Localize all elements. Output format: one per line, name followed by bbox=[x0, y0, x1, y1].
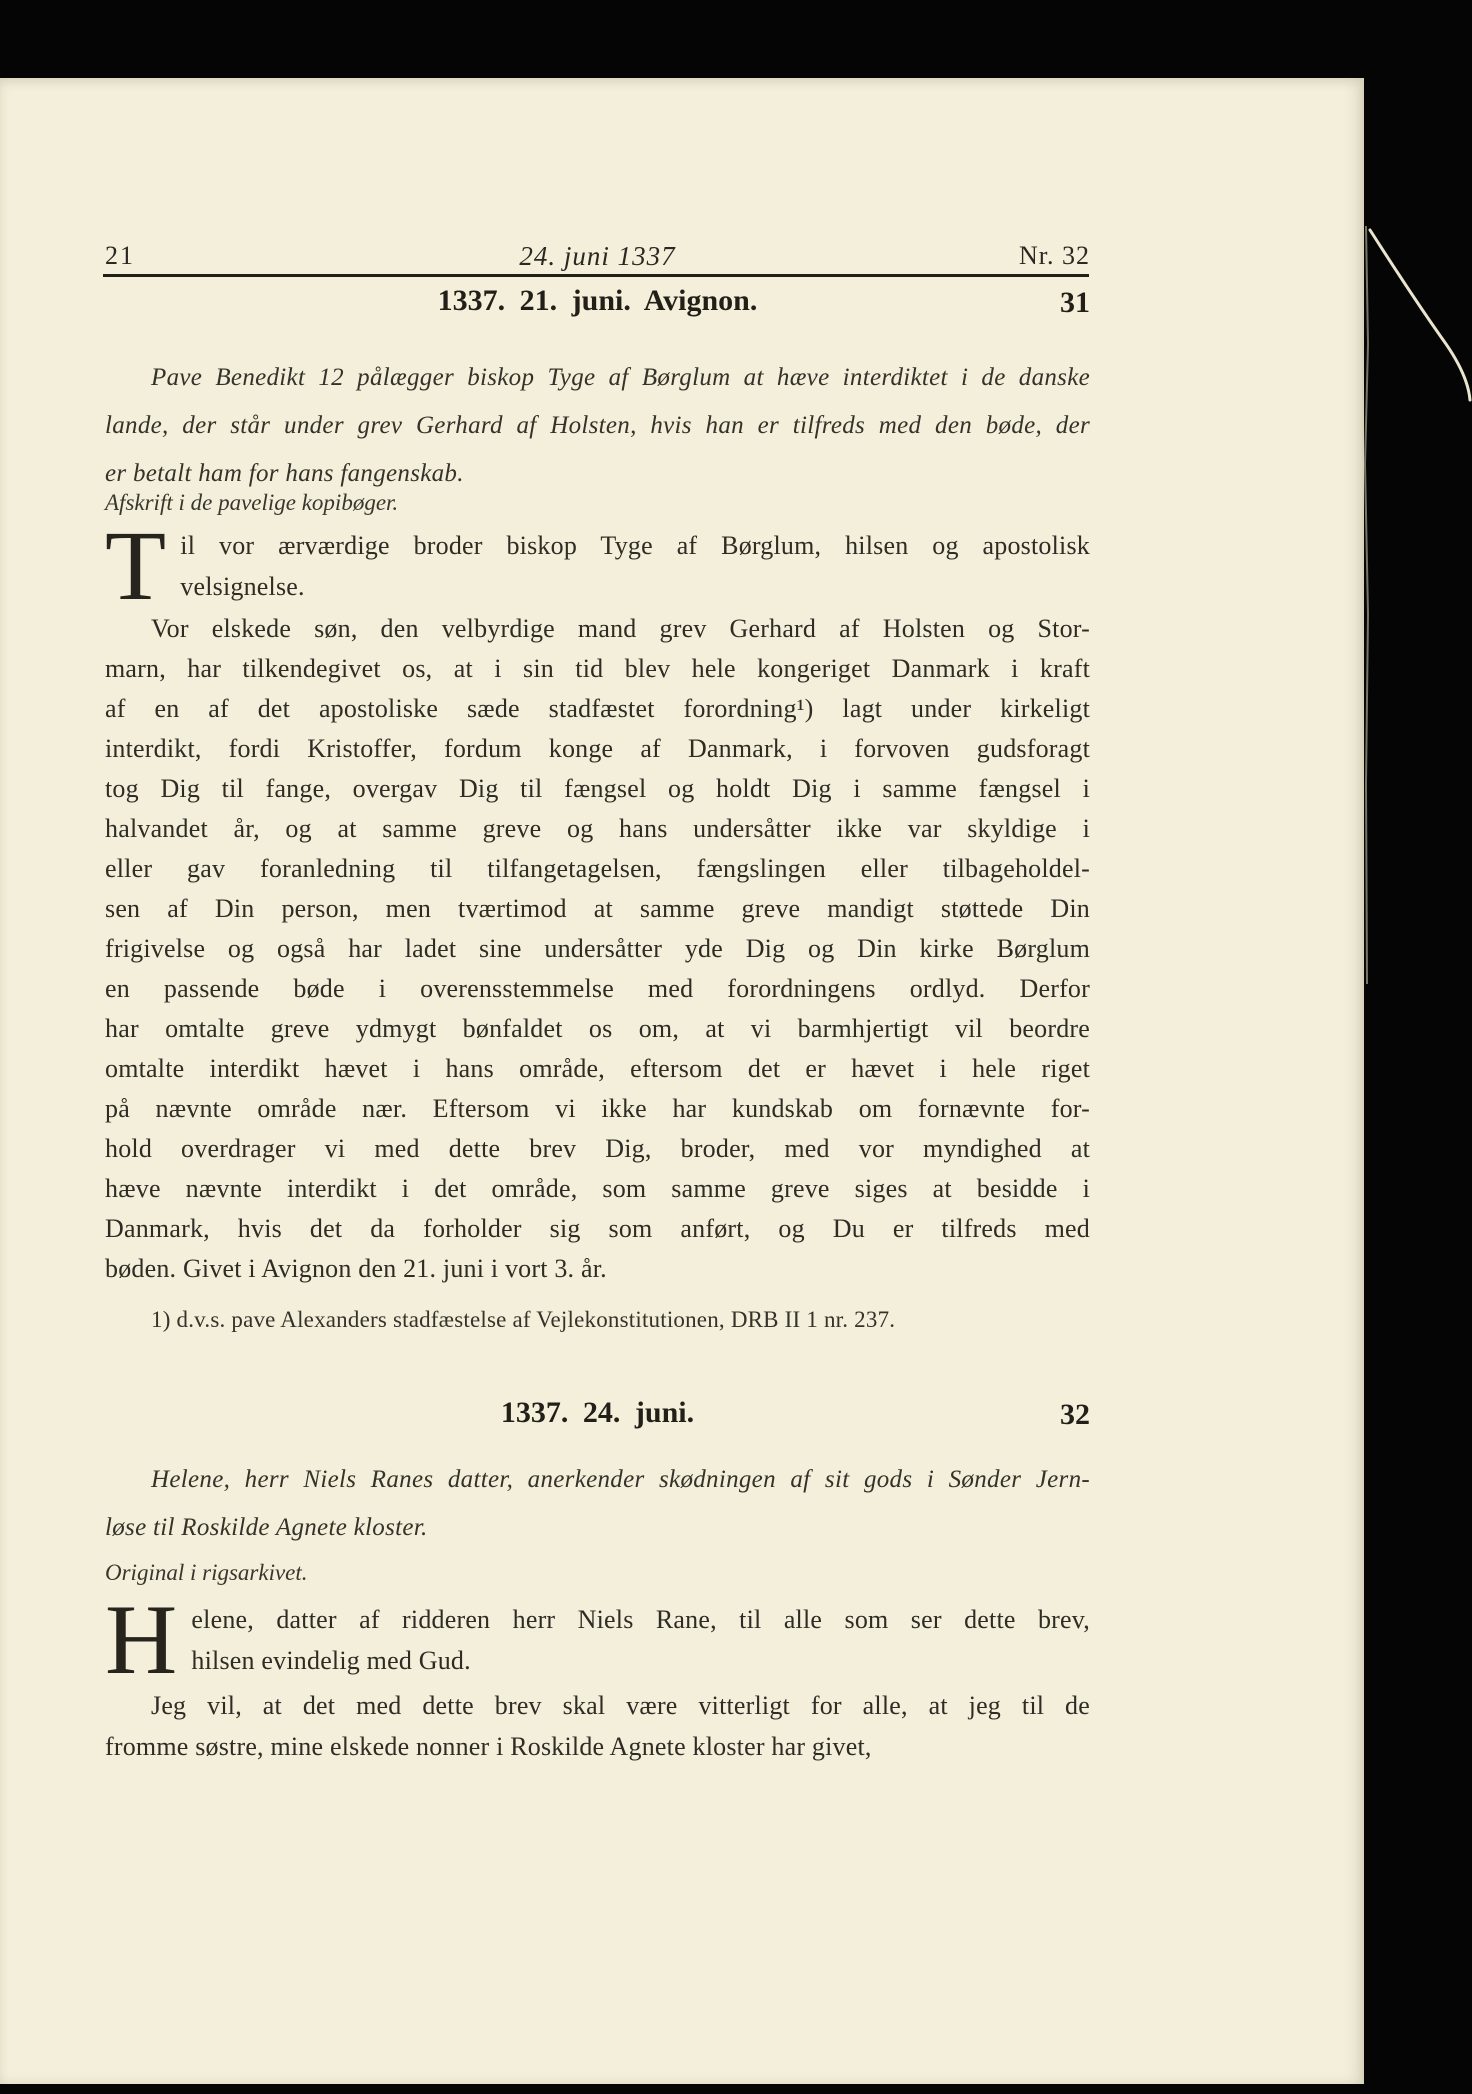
doc2-salutation: H elene, datter af ridderen herr Niels R… bbox=[105, 1599, 1090, 1681]
photo-backdrop: 21 24. juni 1337 Nr. 32 1337. 21. juni. … bbox=[0, 0, 1472, 2094]
text-line: halvandet år, og at samme greve og hans … bbox=[105, 809, 1090, 849]
running-head-doc-number: Nr. 32 bbox=[1019, 241, 1090, 271]
header-divider bbox=[103, 274, 1089, 277]
running-head: 21 24. juni 1337 Nr. 32 bbox=[105, 241, 1090, 275]
text-line: Danmark, hvis det da forholder sig som a… bbox=[105, 1209, 1090, 1249]
doc1-footnote: 1) d.v.s. pave Alexanders stadfæstelse a… bbox=[105, 1300, 1090, 1340]
doc2-source-note: Original i rigsarkivet. bbox=[105, 1560, 1090, 1586]
text-line: på nævnte område nær. Eftersom vi ikke h… bbox=[105, 1089, 1090, 1129]
text-line: løse til Roskilde Agnete kloster. bbox=[105, 1504, 1090, 1552]
text-line: il vor ærværdige broder biskop Tyge af B… bbox=[105, 525, 1090, 566]
book-page: 21 24. juni 1337 Nr. 32 1337. 21. juni. … bbox=[0, 78, 1364, 2084]
text-line: marn, har tilkendegivet os, at i sin tid… bbox=[105, 649, 1090, 689]
text-line: en passende bøde i overensstemmelse med … bbox=[105, 969, 1090, 1009]
doc2-summary: Helene, herr Niels Ranes datter, anerken… bbox=[105, 1456, 1090, 1552]
text-line: lande, der står under grev Gerhard af Ho… bbox=[105, 402, 1090, 450]
doc1-salutation: T il vor ærværdige broder biskop Tyge af… bbox=[105, 525, 1090, 607]
running-head-date: 24. juni 1337 bbox=[105, 241, 1090, 272]
text-line: hilsen evindelig med Gud. bbox=[105, 1640, 1090, 1681]
text-line: omtalte interdikt hævet i hans område, e… bbox=[105, 1049, 1090, 1089]
page-curl-highlight bbox=[1364, 224, 1472, 1014]
text-line: Vor elskede søn, den velbyrdige mand gre… bbox=[105, 609, 1090, 649]
text-line: af en af det apostoliske sæde stadfæstet… bbox=[105, 689, 1090, 729]
text-line: interdikt, fordi Kristoffer, fordum kong… bbox=[105, 729, 1090, 769]
doc1-source-note: Afskrift i de pavelige kopibøger. bbox=[105, 490, 1090, 516]
text-line: elene, datter af ridderen herr Niels Ran… bbox=[105, 1599, 1090, 1640]
text-line: Helene, herr Niels Ranes datter, anerken… bbox=[105, 1456, 1090, 1504]
text-line: hold overdrager vi med dette brev Dig, b… bbox=[105, 1129, 1090, 1169]
doc1-number: 31 bbox=[1060, 286, 1090, 320]
doc2-heading: 1337. 24. juni. bbox=[105, 1396, 1090, 1430]
text-line: hæve nævnte interdikt i det område, som … bbox=[105, 1169, 1090, 1209]
doc2-heading-row: 1337. 24. juni. 32 bbox=[105, 1396, 1090, 1434]
text-line: Pave Benedikt 12 pålægger biskop Tyge af… bbox=[105, 354, 1090, 402]
doc1-heading: 1337. 21. juni. Avignon. bbox=[105, 284, 1090, 318]
text-line: eller gav foranledning til tilfangetagel… bbox=[105, 849, 1090, 889]
doc2-dropcap: H bbox=[105, 1601, 177, 1681]
doc1-summary: Pave Benedikt 12 pålægger biskop Tyge af… bbox=[105, 354, 1090, 498]
text-line: velsignelse. bbox=[105, 566, 1090, 607]
text-line: fromme søstre, mine elskede nonner i Ros… bbox=[105, 1726, 1090, 1767]
text-line: har omtalte greve ydmygt bønfaldet os om… bbox=[105, 1009, 1090, 1049]
doc2-body: Jeg vil, at det med dette brev skal være… bbox=[105, 1685, 1090, 1767]
text-line: Jeg vil, at det med dette brev skal være… bbox=[105, 1685, 1090, 1726]
text-line: frigivelse og også har ladet sine unders… bbox=[105, 929, 1090, 969]
doc1-body: Vor elskede søn, den velbyrdige mand gre… bbox=[105, 609, 1090, 1289]
doc2-number: 32 bbox=[1060, 1398, 1090, 1432]
text-line: bøden. Givet i Avignon den 21. juni i vo… bbox=[105, 1249, 1090, 1289]
doc1-heading-row: 1337. 21. juni. Avignon. 31 bbox=[105, 284, 1090, 322]
doc1-dropcap: T bbox=[105, 527, 166, 607]
text-line: tog Dig til fange, overgav Dig til fængs… bbox=[105, 769, 1090, 809]
text-line: sen af Din person, men tværtimod at samm… bbox=[105, 889, 1090, 929]
